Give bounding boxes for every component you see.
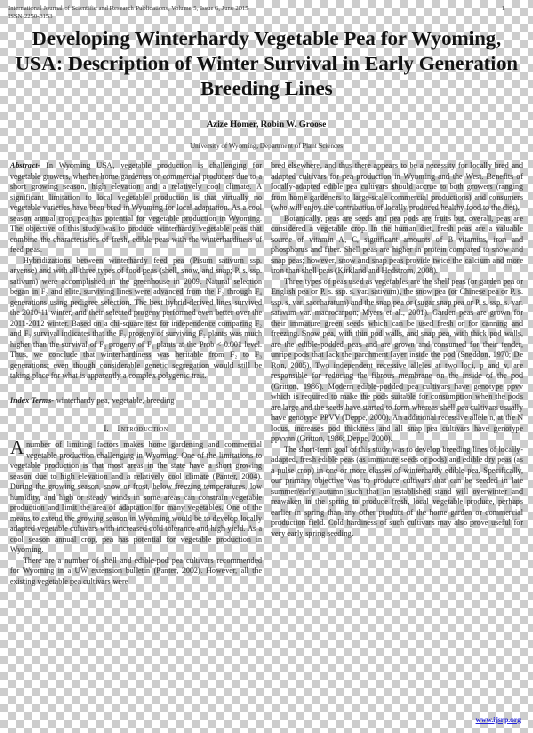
intro-paragraph-2: There are a number of shell and edible-p… xyxy=(10,556,262,588)
issn-line: ISSN 2250-3153 xyxy=(8,13,525,21)
page-number: 1 xyxy=(502,5,505,12)
body-paragraph: The short-term goal of this study was to… xyxy=(271,445,523,540)
abstract-paragraph: Abstract- In Wyoming USA, vegetable prod… xyxy=(10,161,262,256)
journal-line: International Journal of Scientific and … xyxy=(8,5,525,13)
affiliation-line: University of Wyoming, Department of Pla… xyxy=(0,142,533,150)
section-heading-introduction: I.Introduction xyxy=(10,423,262,433)
paper-title-line-2: USA: Description of Winter Survival in E… xyxy=(8,52,525,77)
paper-title: Developing Winterhardy Vegetable Pea for… xyxy=(0,27,533,102)
body-paragraph: Botanically, peas are seeds and pea pods… xyxy=(271,214,523,277)
journal-url-link[interactable]: www.ijsrp.org xyxy=(476,715,521,724)
abstract-text: In Wyoming USA, vegetable production is … xyxy=(10,161,262,254)
paper-title-line-3: Breeding Lines xyxy=(8,77,525,102)
body-paragraph: Three types of peas used as vegetables a… xyxy=(271,277,523,445)
index-terms-label: Index Terms- xyxy=(10,396,54,405)
body-paragraph: bred elsewhere, and thus there appears t… xyxy=(271,161,523,214)
abstract-label: Abstract- xyxy=(10,161,40,170)
drop-cap: A xyxy=(10,440,26,458)
document-page: International Journal of Scientific and … xyxy=(0,0,533,733)
index-terms-paragraph: Index Terms- winterhardy pea, vegetable,… xyxy=(10,396,262,407)
two-column-body: Abstract- In Wyoming USA, vegetable prod… xyxy=(0,161,533,587)
intro-paragraph-1: Anumber of limiting factors makes home g… xyxy=(10,440,262,556)
intro-paragraph-1-text: number of limiting factors makes home ga… xyxy=(10,440,262,554)
section-title: Introduction xyxy=(118,423,169,433)
left-column: Abstract- In Wyoming USA, vegetable prod… xyxy=(10,161,262,587)
authors-line: Azize Homer, Robin W. Groose xyxy=(0,119,533,129)
abstract-paragraph-2: Hybridizations between winterhardy feed … xyxy=(10,256,262,382)
index-terms-text: winterhardy pea, vegetable, breeding xyxy=(54,396,174,405)
paper-title-line-1: Developing Winterhardy Vegetable Pea for… xyxy=(8,27,525,52)
running-head: International Journal of Scientific and … xyxy=(8,5,525,21)
section-number: I. xyxy=(104,423,109,433)
right-column: bred elsewhere, and thus there appears t… xyxy=(271,161,523,587)
